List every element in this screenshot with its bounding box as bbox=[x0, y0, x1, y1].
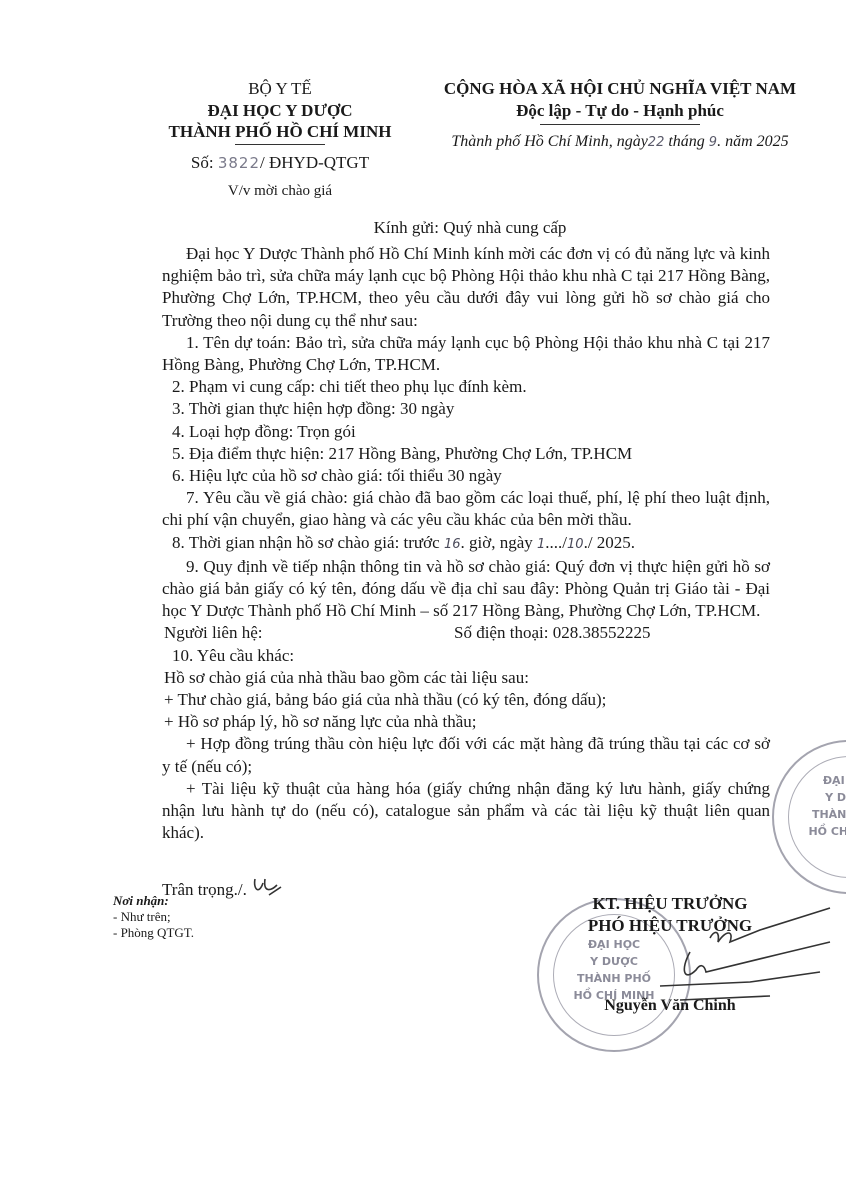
salutation: Kính gửi: Quý nhà cung cấp bbox=[150, 218, 790, 238]
seal-line: ĐẠI HỌC bbox=[774, 772, 846, 789]
item8-mid: . giờ, ngày bbox=[460, 533, 532, 552]
item-2: 2. Phạm vi cung cấp: chi tiết theo phụ l… bbox=[162, 376, 770, 398]
item-9: 9. Quy định về tiếp nhận thông tin và hồ… bbox=[162, 556, 770, 623]
ministry-name: BỘ Y TẾ bbox=[150, 78, 410, 100]
doc-requirement-4: + Tài liệu kỹ thuật của hàng hóa (giấy c… bbox=[162, 778, 770, 845]
item-7: 7. Yêu cầu về giá chào: giá chào đã bao … bbox=[162, 487, 770, 531]
item-6: 6. Hiệu lực của hồ sơ chào giá: tối thiể… bbox=[162, 465, 770, 487]
doc-requirement-3: + Hợp đồng trúng thầu còn hiệu lực đối v… bbox=[162, 733, 770, 777]
document-date: Thành phố Hồ Chí Minh, ngày22 tháng 9. n… bbox=[420, 133, 820, 151]
national-motto: Độc lập - Tự do - Hạnh phúc bbox=[420, 100, 820, 122]
item-10-lead: Hồ sơ chào giá của nhà thầu bao gồm các … bbox=[162, 667, 770, 689]
margin-seal: ĐẠI HỌC Y DƯỢC THÀNH PHỐ HỒ CHÍ MINH bbox=[772, 740, 846, 894]
doc-requirement-1: + Thư chào giá, bảng báo giá của nhà thầ… bbox=[162, 689, 770, 711]
national-header: CỘNG HÒA XÃ HỘI CHỦ NGHĨA VIỆT NAM Độc l… bbox=[420, 78, 820, 151]
item-1: 1. Tên dự toán: Bảo trì, sửa chữa máy lạ… bbox=[162, 332, 770, 376]
number-suffix: / ĐHYD-QTGT bbox=[260, 153, 369, 172]
item8-month: 10 bbox=[567, 537, 584, 552]
item8-suffix: ./ 2025. bbox=[584, 533, 635, 552]
seal-line: THÀNH PHỐ bbox=[774, 806, 846, 823]
item-10-title: 10. Yêu cầu khác: bbox=[162, 645, 770, 667]
contact-line: Người liên hệ: Số điện thoại: 028.385522… bbox=[162, 622, 770, 644]
item-5: 5. Địa điểm thực hiện: 217 Hồng Bàng, Ph… bbox=[162, 443, 770, 465]
recipients: Nơi nhận: - Như trên; - Phòng QTGT. bbox=[113, 893, 194, 941]
recipient-item: - Như trên; bbox=[113, 909, 194, 925]
handwritten-signature-icon bbox=[600, 900, 840, 1010]
issuer-header: BỘ Y TẾ ĐẠI HỌC Y DƯỢC THÀNH PHỐ HỒ CHÍ … bbox=[150, 78, 410, 200]
doc-requirement-2: + Hồ sơ pháp lý, hồ sơ năng lực của nhà … bbox=[162, 711, 770, 733]
item8-prefix: 8. Thời gian nhận hồ sơ chào giá: trước bbox=[172, 533, 440, 552]
header-divider bbox=[235, 144, 325, 145]
seal-line: Y DƯỢC bbox=[774, 789, 846, 806]
item-4: 4. Loại hợp đồng: Trọn gói bbox=[162, 421, 770, 443]
date-prefix: Thành phố Hồ Chí Minh, ngày bbox=[451, 133, 647, 150]
date-year: . năm 2025 bbox=[717, 133, 789, 150]
date-day: 22 bbox=[648, 135, 665, 150]
item-8: 8. Thời gian nhận hồ sơ chào giá: trước … bbox=[162, 532, 770, 556]
number-handwritten: 3822 bbox=[218, 154, 260, 172]
university-name-line1: ĐẠI HỌC Y DƯỢC bbox=[150, 100, 410, 121]
recipients-title: Nơi nhận: bbox=[113, 893, 194, 909]
item8-hour: 16 bbox=[444, 537, 461, 552]
date-month-label: tháng bbox=[668, 133, 704, 150]
document-number: Số: 3822/ ĐHYD-QTGT bbox=[150, 151, 410, 175]
motto-divider bbox=[540, 124, 700, 125]
recipient-item: - Phòng QTGT. bbox=[113, 925, 194, 941]
intro-paragraph: Đại học Y Dược Thành phố Hồ Chí Minh kín… bbox=[162, 243, 770, 332]
country-name: CỘNG HÒA XÃ HỘI CHỦ NGHĨA VIỆT NAM bbox=[420, 78, 820, 100]
contact-phone: Số điện thoại: 028.38552225 bbox=[454, 622, 650, 644]
item8-sep: ..../ bbox=[545, 533, 567, 552]
contact-person: Người liên hệ: bbox=[164, 622, 454, 644]
initials-signature-icon bbox=[251, 875, 285, 899]
item-3: 3. Thời gian thực hiện hợp đồng: 30 ngày bbox=[162, 398, 770, 420]
university-name-line2: THÀNH PHỐ HỒ CHÍ MINH bbox=[150, 121, 410, 142]
subject-line: V/v mời chào giá bbox=[150, 183, 410, 200]
seal-line: HỒ CHÍ MINH bbox=[774, 823, 846, 840]
date-month: 9 bbox=[709, 135, 717, 150]
number-label: Số: bbox=[191, 153, 214, 172]
letter-body: Đại học Y Dược Thành phố Hồ Chí Minh kín… bbox=[162, 243, 770, 844]
